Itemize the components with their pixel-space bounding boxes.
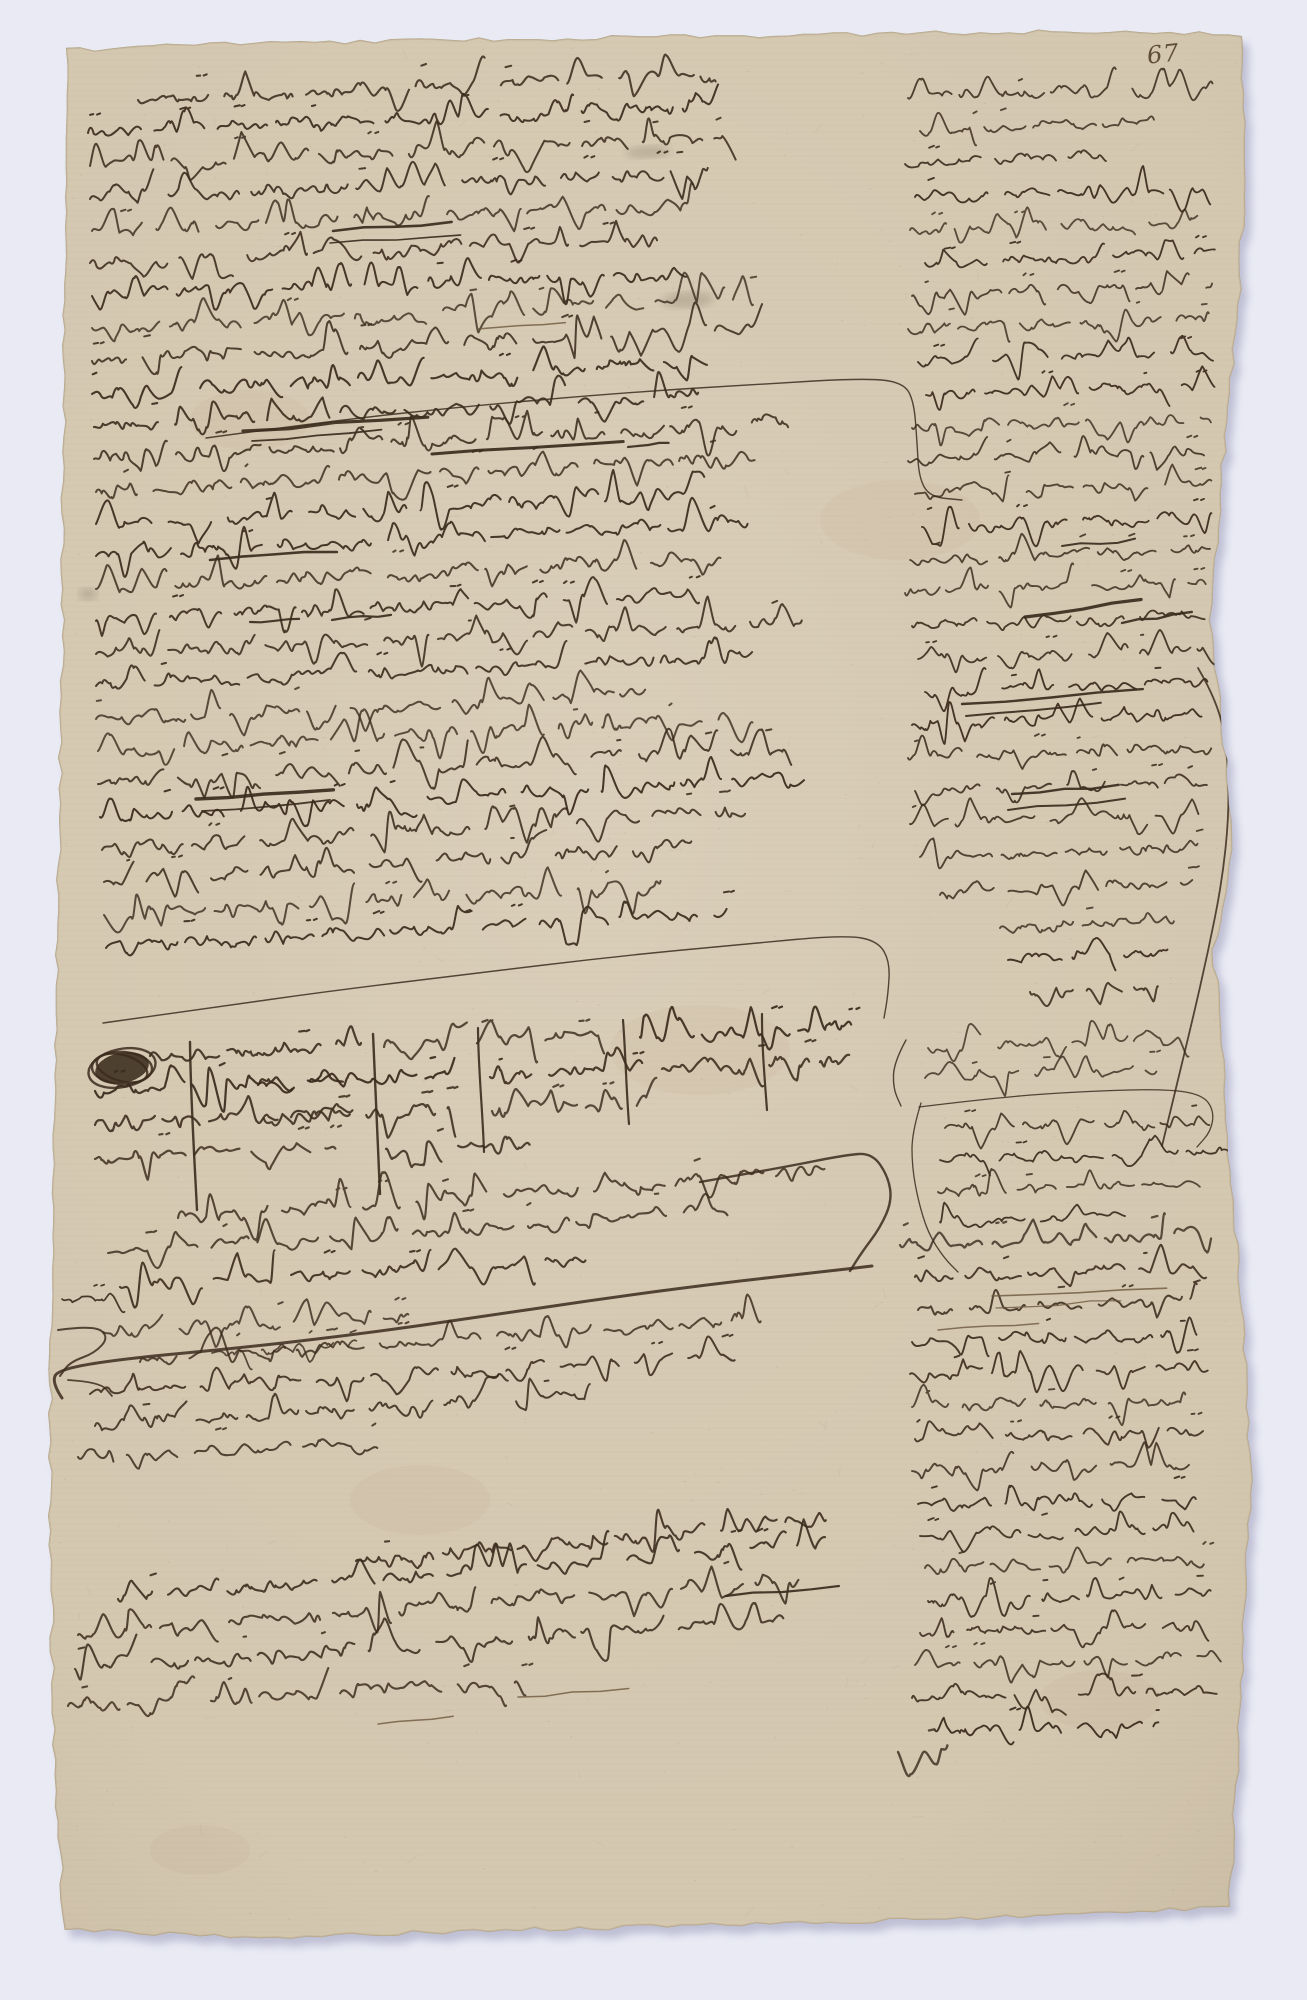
page-number: 67 bbox=[1146, 38, 1181, 69]
manuscript-page bbox=[0, 0, 1307, 2000]
paper-texture bbox=[0, 0, 1307, 2000]
ink-smudge bbox=[79, 588, 97, 600]
manuscript-scan: 67 bbox=[0, 0, 1307, 2000]
